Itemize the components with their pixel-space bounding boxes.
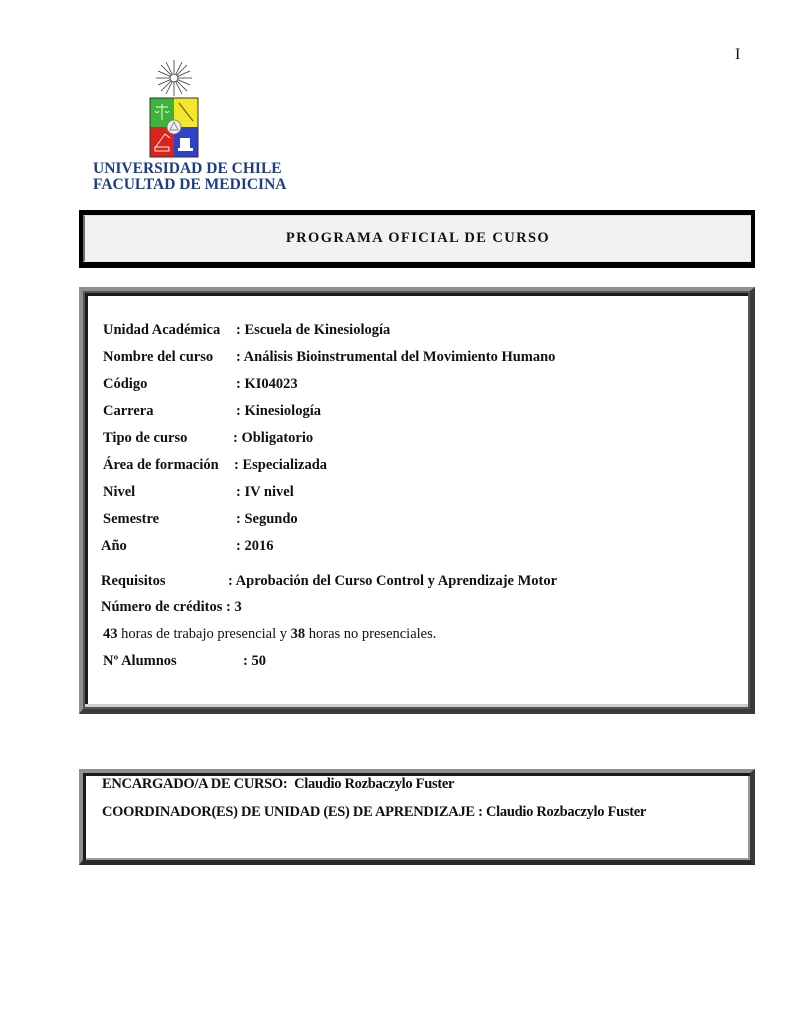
field-value: : 3	[226, 599, 242, 615]
field-label: Tipo de curso	[103, 430, 187, 447]
hours-no-presencial-text: horas no presenciales.	[305, 626, 436, 642]
field-label: Unidad Académica	[103, 322, 220, 339]
field-label: Número de créditos	[101, 599, 222, 615]
faculty-name: FACULTAD DE MEDICINA	[93, 177, 286, 193]
field-value: : KI04023	[236, 376, 298, 393]
field-value: : Obligatorio	[233, 430, 313, 447]
coordinador-line: COORDINADOR(ES) DE UNIDAD (ES) DE APREND…	[102, 804, 646, 821]
field-label: Área de formación	[103, 457, 219, 474]
title-box: PROGRAMA OFICIAL DE CURSO	[79, 210, 755, 268]
document-title: PROGRAMA OFICIAL DE CURSO	[286, 230, 550, 247]
field-label: Nº Alumnos	[103, 653, 177, 670]
encargado-line: ENCARGADO/A DE CURSO: Claudio Rozbaczylo…	[102, 776, 454, 793]
university-of-chile-coat-of-arms-icon	[146, 58, 202, 162]
field-value: : Aprobación del Curso Control y Aprendi…	[228, 573, 557, 590]
encargado-name: Claudio Rozbaczylo Fuster	[294, 776, 454, 792]
coordinador-label: COORDINADOR(ES) DE UNIDAD (ES) DE APREND…	[102, 804, 483, 820]
field-value: : Kinesiología	[236, 403, 321, 420]
hours-no-presencial: 38	[291, 626, 306, 642]
hours-presencial-text: horas de trabajo presencial y	[118, 626, 291, 642]
university-name: UNIVERSIDAD DE CHILE	[93, 161, 286, 177]
field-value: : Especializada	[234, 457, 327, 474]
field-label: Carrera	[103, 403, 153, 420]
field-value: : Análisis Bioinstrumental del Movimient…	[236, 349, 555, 366]
field-numero-de-creditos: Número de créditos : 3	[101, 599, 242, 616]
coordinador-name: Claudio Rozbaczylo Fuster	[486, 804, 646, 820]
field-value: : 2016	[236, 538, 273, 555]
page-number: I	[735, 46, 740, 64]
field-label: Nivel	[103, 484, 135, 501]
field-label: Nombre del curso	[103, 349, 213, 366]
field-label: Código	[103, 376, 147, 393]
field-value: : Escuela de Kinesiología	[236, 322, 390, 339]
hours-presencial: 43	[103, 626, 118, 642]
field-label: Semestre	[103, 511, 159, 528]
title-box-inner: PROGRAMA OFICIAL DE CURSO	[83, 215, 751, 262]
encargado-label: ENCARGADO/A DE CURSO:	[102, 776, 287, 792]
box-shade	[85, 704, 748, 707]
university-header: UNIVERSIDAD DE CHILE FACULTAD DE MEDICIN…	[93, 161, 286, 193]
hours-line: 43 horas de trabajo presencial y 38 hora…	[103, 626, 436, 643]
field-label: Año	[101, 538, 127, 555]
field-value: : IV nivel	[236, 484, 294, 501]
field-label: Requisitos	[101, 573, 165, 590]
field-value: : Segundo	[236, 511, 298, 528]
field-value: : 50	[243, 653, 266, 670]
